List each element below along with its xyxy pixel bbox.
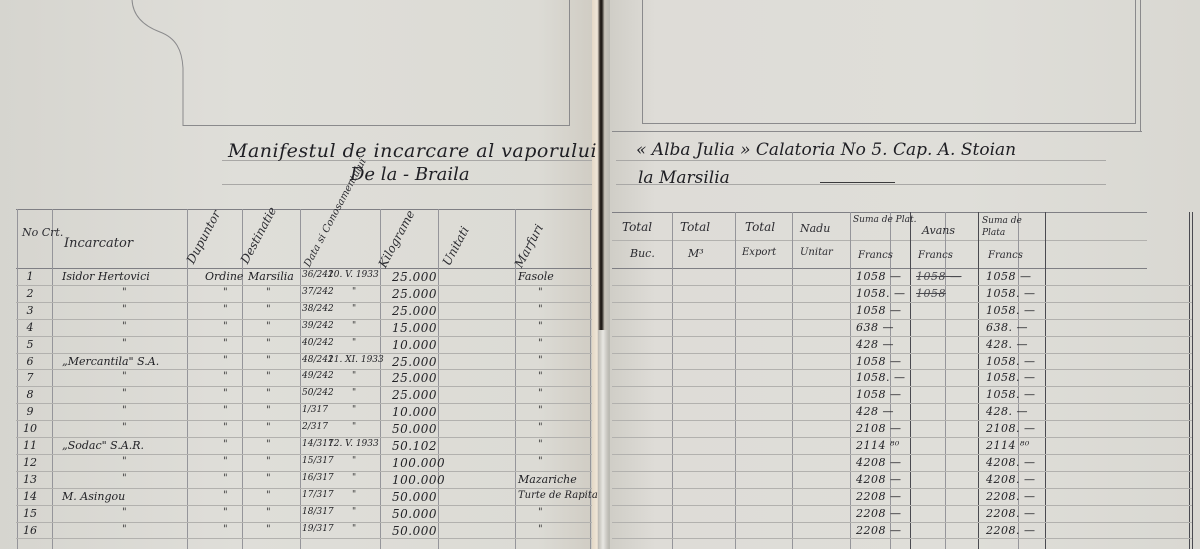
sender: " <box>223 490 228 501</box>
payable-amount: 4208. — <box>986 456 1036 469</box>
shipper-name: " <box>122 287 127 298</box>
page-fold <box>598 330 608 549</box>
kilograms: 10.000 <box>392 338 437 352</box>
freight-amount: 4208 — <box>856 473 902 486</box>
loading-date: " <box>352 321 356 331</box>
kilograms: 25.000 <box>392 287 437 301</box>
row-rule <box>612 471 1192 472</box>
destination: " <box>266 287 271 298</box>
shipper-name: „Sodac" S.A.R. <box>62 439 144 452</box>
row-number: 9 <box>22 405 38 418</box>
row-rule <box>612 538 1192 539</box>
origin-port: De la - Braila <box>350 164 470 185</box>
right-frame-edge <box>1140 0 1141 132</box>
sender: Ordine <box>205 270 243 283</box>
kilograms: 25.000 <box>392 270 437 284</box>
bill-of-lading-number: 50/242 <box>302 388 334 398</box>
row-rule <box>612 522 1192 523</box>
kilograms: 10.000 <box>392 405 437 419</box>
ship-and-voyage: « Alba Julia » Calatoria No 5. Cap. A. S… <box>636 140 1016 160</box>
shipper-name: " <box>122 405 127 416</box>
goods: " <box>538 287 543 298</box>
header-total-pieces-unit: Buc. <box>630 247 655 260</box>
header-unit-rate-unit: Unitar <box>800 247 833 258</box>
kilograms: 100.000 <box>392 456 445 470</box>
payable-amount: 638. — <box>986 321 1028 334</box>
goods: " <box>538 422 543 433</box>
frame-curve-ornament <box>130 0 185 126</box>
goods: Turte de Rapita <box>518 490 598 501</box>
row-rule <box>612 505 1192 506</box>
freight-amount: 428 — <box>856 338 894 351</box>
payable-amount: 1058. — <box>986 304 1036 317</box>
freight-amount: 2208 — <box>856 524 902 537</box>
bill-of-lading-number: 16/317 <box>302 473 334 483</box>
sender: " <box>223 405 228 416</box>
header-total-volume-unit: M³ <box>688 247 704 260</box>
freight-amount: 1058. — <box>856 287 906 300</box>
destination: " <box>266 507 271 518</box>
bill-of-lading-number: 19/317 <box>302 524 334 534</box>
goods: " <box>538 405 543 416</box>
row-rule <box>16 437 592 438</box>
header-shipper: Incarcator <box>64 236 133 251</box>
destination: Marsilia <box>248 270 294 283</box>
shipper-name: " <box>122 507 127 518</box>
row-number: 14 <box>22 490 38 503</box>
header-freight-currency: Francs <box>858 250 893 261</box>
title-rule <box>616 160 1106 161</box>
row-rule <box>612 403 1192 404</box>
title-underline <box>820 182 895 183</box>
kilograms: 50.000 <box>392 524 437 538</box>
freight-amount: 638 — <box>856 321 894 334</box>
row-rule <box>16 505 592 506</box>
loading-date: " <box>352 490 356 500</box>
payable-amount: 428. — <box>986 405 1028 418</box>
sender: " <box>223 507 228 518</box>
goods: " <box>538 456 543 467</box>
goods: " <box>538 304 543 315</box>
row-number: 7 <box>22 371 38 384</box>
payable-amount: 1058. — <box>986 287 1036 300</box>
sender: " <box>223 456 228 467</box>
shipper-name: Isidor Hertovici <box>62 270 150 283</box>
freight-amount: 2208 — <box>856 507 902 520</box>
row-number: 10 <box>22 422 38 435</box>
kilograms: 25.000 <box>392 388 437 402</box>
freight-amount: 1058 — <box>856 270 902 283</box>
row-number: 1 <box>22 270 38 283</box>
kilograms: 15.000 <box>392 321 437 335</box>
freight-amount: 1058. — <box>856 371 906 384</box>
destination: " <box>266 405 271 416</box>
sender: " <box>223 439 228 450</box>
loading-date: 10. V. 1933 <box>328 270 379 280</box>
bill-of-lading-number: 1/317 <box>302 405 328 415</box>
destination: " <box>266 524 271 535</box>
row-rule <box>612 336 1192 337</box>
row-rule <box>16 386 592 387</box>
header-row-number: No Crt. <box>22 226 48 239</box>
sender: " <box>223 287 228 298</box>
goods: " <box>538 321 543 332</box>
destination: " <box>266 473 271 484</box>
kilograms: 50.102 <box>392 439 437 453</box>
bill-of-lading-number: 2/317 <box>302 422 328 432</box>
header-payable-currency: Francs <box>988 250 1023 261</box>
payable-amount: 1058. — <box>986 388 1036 401</box>
row-rule <box>16 538 592 539</box>
bill-of-lading-number: 49/242 <box>302 371 334 381</box>
shipper-name: " <box>122 304 127 315</box>
bill-of-lading-number: 39/242 <box>302 321 334 331</box>
shipper-name: " <box>122 473 127 484</box>
sender: " <box>223 422 228 433</box>
destination: " <box>266 355 271 366</box>
loading-date: " <box>352 287 356 297</box>
right-frame-baseline <box>612 131 1142 132</box>
freight-amount: 1058 — <box>856 355 902 368</box>
row-number: 3 <box>22 304 38 317</box>
kilograms: 25.000 <box>392 371 437 385</box>
row-rule <box>612 488 1192 489</box>
row-rule <box>16 420 592 421</box>
header-total-export: Total <box>745 220 775 234</box>
advance-amount: 1058 <box>916 287 946 300</box>
row-number: 4 <box>22 321 38 334</box>
kilograms: 25.000 <box>392 304 437 318</box>
kilograms: 50.000 <box>392 507 437 521</box>
bill-of-lading-number: 18/317 <box>302 507 334 517</box>
row-rule <box>612 420 1192 421</box>
row-rule <box>612 353 1192 354</box>
sender: " <box>223 355 228 366</box>
advance-amount: 1058 — <box>916 270 962 283</box>
row-rule <box>16 369 592 370</box>
destination: " <box>266 490 271 501</box>
row-rule <box>16 353 592 354</box>
goods: " <box>538 388 543 399</box>
row-number: 2 <box>22 287 38 300</box>
sender: " <box>223 338 228 349</box>
shipper-name: " <box>122 321 127 332</box>
manifest-title: Manifestul de incarcare al vaporului <box>228 140 597 162</box>
loading-date: " <box>352 422 356 432</box>
sender: " <box>223 304 228 315</box>
left-header-frame <box>183 0 570 126</box>
goods: " <box>538 524 543 535</box>
shipper-name: " <box>122 371 127 382</box>
freight-amount: 2108 — <box>856 422 902 435</box>
header-total-volume: Total <box>680 220 710 234</box>
row-rule <box>16 403 592 404</box>
freight-amount: 4208 — <box>856 456 902 469</box>
payable-amount: 1058. — <box>986 371 1036 384</box>
payable-amount: 1058. — <box>986 355 1036 368</box>
freight-amount: 428 — <box>856 405 894 418</box>
kilograms: 100.000 <box>392 473 445 487</box>
payable-amount: 1058 — <box>986 270 1032 283</box>
goods: " <box>538 439 543 450</box>
destination: " <box>266 304 271 315</box>
destination-port: la Marsilia <box>638 168 730 188</box>
right-header-frame <box>642 0 1136 124</box>
row-number: 12 <box>22 456 38 469</box>
goods: Mazariche <box>518 473 577 486</box>
loading-date: 11. XI. 1933 <box>328 355 384 365</box>
loading-date: " <box>352 507 356 517</box>
header-unit-rate: Nadu <box>800 222 830 235</box>
loading-date: " <box>352 304 356 314</box>
destination: " <box>266 371 271 382</box>
freight-amount: 2208 — <box>856 490 902 503</box>
bill-of-lading-number: 17/317 <box>302 490 334 500</box>
header-advance-currency: Francs <box>918 250 953 261</box>
loading-date: " <box>352 473 356 483</box>
row-number: 11 <box>22 439 38 452</box>
payable-amount: 2208. — <box>986 524 1036 537</box>
shipper-name: " <box>122 338 127 349</box>
goods: " <box>538 338 543 349</box>
loading-date: " <box>352 405 356 415</box>
bill-of-lading-number: 37/242 <box>302 287 334 297</box>
header-freight-sum: Suma de Plat. <box>853 215 916 225</box>
sender: " <box>223 371 228 382</box>
shipper-name: " <box>122 456 127 467</box>
row-rule <box>612 454 1192 455</box>
destination: " <box>266 338 271 349</box>
destination: " <box>266 456 271 467</box>
shipper-name: " <box>122 422 127 433</box>
row-number: 15 <box>22 507 38 520</box>
row-rule <box>612 369 1192 370</box>
row-rule <box>16 302 592 303</box>
payable-amount: 2114 ⁸⁰ <box>986 439 1030 452</box>
destination: " <box>266 388 271 399</box>
header-payable-sum: Suma de Plata <box>982 215 1042 239</box>
goods: Fasole <box>518 270 554 283</box>
row-number: 16 <box>22 524 38 537</box>
freight-amount: 1058 — <box>856 388 902 401</box>
destination: " <box>266 321 271 332</box>
row-rule <box>16 285 592 286</box>
payable-amount: 2108. — <box>986 422 1036 435</box>
goods: " <box>538 507 543 518</box>
loading-date: 12. V. 1933 <box>328 439 379 449</box>
row-rule <box>16 454 592 455</box>
loading-date: " <box>352 371 356 381</box>
row-number: 13 <box>22 473 38 486</box>
shipper-name: M. Asingou <box>62 490 125 503</box>
row-rule <box>16 336 592 337</box>
sender: " <box>223 321 228 332</box>
sender: " <box>223 524 228 535</box>
row-rule <box>612 302 1192 303</box>
row-rule <box>612 386 1192 387</box>
row-rule <box>612 285 1192 286</box>
payable-amount: 428. — <box>986 338 1028 351</box>
sender: " <box>223 388 228 399</box>
row-rule <box>16 319 592 320</box>
row-rule <box>16 522 592 523</box>
row-rule <box>16 488 592 489</box>
bill-of-lading-number: 38/242 <box>302 304 334 314</box>
kilograms: 25.000 <box>392 355 437 369</box>
kilograms: 50.000 <box>392 490 437 504</box>
sender: " <box>223 473 228 484</box>
destination: " <box>266 422 271 433</box>
payable-amount: 2208. — <box>986 490 1036 503</box>
bill-of-lading-number: 40/242 <box>302 338 334 348</box>
header-advance: Avans <box>922 224 955 237</box>
shipper-name: " <box>122 524 127 535</box>
freight-amount: 2114 ⁸⁰ <box>856 439 900 452</box>
row-number: 5 <box>22 338 38 351</box>
payable-amount: 4208. — <box>986 473 1036 486</box>
row-rule <box>16 471 592 472</box>
goods: " <box>538 355 543 366</box>
row-number: 6 <box>22 355 38 368</box>
goods: " <box>538 371 543 382</box>
freight-amount: 1058 — <box>856 304 902 317</box>
shipper-name: „Mercantila" S.A. <box>62 355 159 368</box>
row-rule <box>612 319 1192 320</box>
kilograms: 50.000 <box>392 422 437 436</box>
destination: " <box>266 439 271 450</box>
bill-of-lading-number: 15/317 <box>302 456 334 466</box>
shipper-name: " <box>122 388 127 399</box>
loading-date: " <box>352 456 356 466</box>
row-rule <box>612 437 1192 438</box>
loading-date: " <box>352 524 356 534</box>
loading-date: " <box>352 338 356 348</box>
loading-date: " <box>352 388 356 398</box>
header-total-export-unit: Export <box>742 247 776 258</box>
row-number: 8 <box>22 388 38 401</box>
payable-amount: 2208. — <box>986 507 1036 520</box>
header-total-pieces: Total <box>622 220 652 234</box>
